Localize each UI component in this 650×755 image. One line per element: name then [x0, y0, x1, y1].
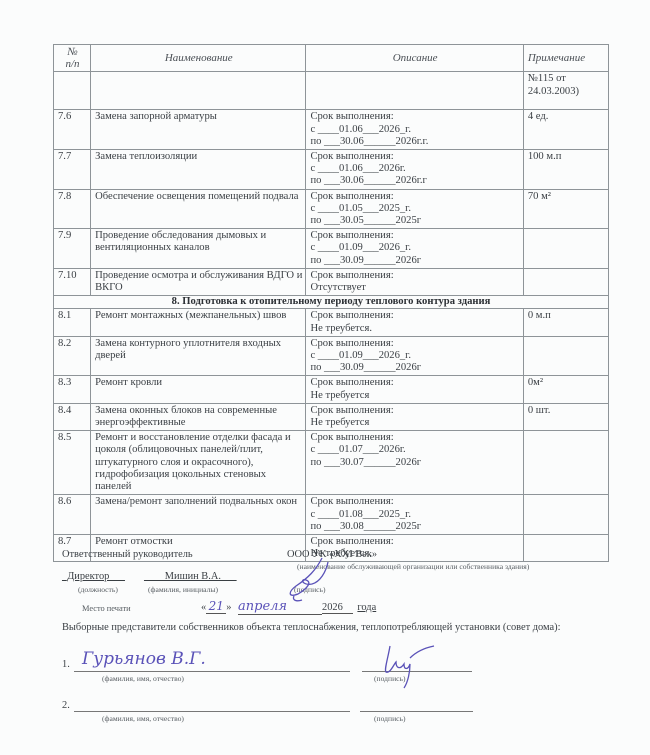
- row-name: Ремонт и восстановление отделки фасада и…: [91, 431, 306, 495]
- row-name: Замена теплоизоляции: [91, 150, 306, 190]
- table-row: 7.8 Обеспечение освещения помещений подв…: [54, 189, 609, 229]
- date-year: 2026: [322, 602, 353, 614]
- rep1-name-handwritten: Гурьянов В.Г.: [82, 649, 206, 669]
- manager-signature-icon: [282, 556, 342, 602]
- table-row: 8.6 Замена/ремонт заполнений подвальных …: [54, 495, 609, 535]
- position-value: _Директор___: [62, 571, 125, 582]
- table-header-row: №п/п Наименование Описание Примечание: [54, 45, 609, 72]
- document-page: №п/п Наименование Описание Примечание №1…: [0, 0, 650, 755]
- rep2-name-line: [74, 711, 350, 712]
- row-description: Срок выполнения:с ____01.06___2026_г.по …: [306, 110, 523, 150]
- rep1-name-line: [74, 671, 350, 672]
- row-number: 7.8: [54, 189, 91, 229]
- table-row: 7.6 Замена запорной арматуры Срок выполн…: [54, 110, 609, 150]
- row-description: Срок выполнения:с ____01.06___2026г.по _…: [306, 150, 523, 190]
- rep2-signature-caption: (подпись): [374, 714, 406, 723]
- rep1-number: 1.: [62, 659, 70, 670]
- date-line: «21» апреля2026 года: [201, 599, 376, 615]
- row-number: [54, 72, 91, 110]
- row-number: 8.5: [54, 431, 91, 495]
- header-number: №п/п: [54, 45, 91, 72]
- row-note: 0 шт.: [523, 403, 608, 430]
- table-row: 8.4 Замена оконных блоков на современные…: [54, 403, 609, 430]
- date-month: апреля: [238, 599, 322, 615]
- table-row: 7.9 Проведение обследования дымовых и ве…: [54, 229, 609, 269]
- row-note: [523, 229, 608, 269]
- position-caption: (должность): [78, 585, 118, 594]
- date-day: 21: [206, 599, 226, 614]
- row-description: Срок выполнения:с ____01.09___2026_г.по …: [306, 336, 523, 376]
- row-description: Срок выполнения:с ____01.05___2025_г.по …: [306, 189, 523, 229]
- table-row: 8.3 Ремонт кровли Срок выполнения:Не тре…: [54, 376, 609, 403]
- row-name: [91, 72, 306, 110]
- stamp-label: Место печати: [82, 604, 131, 613]
- row-description: Срок выполнения:с ____01.08___2025_г.по …: [306, 495, 523, 535]
- representatives-text: Выборные представители собственников объ…: [62, 622, 606, 635]
- row-name: Замена контурного уплотнителя входных дв…: [91, 336, 306, 376]
- header-description: Описание: [306, 45, 523, 72]
- row-name: Проведение осмотра и обслуживания ВДГО и…: [91, 268, 306, 295]
- row-number: 8.4: [54, 403, 91, 430]
- table-row: 8.1 Ремонт монтажных (межпанельных) швов…: [54, 309, 609, 336]
- rep1-signature-caption: (подпись): [374, 674, 406, 683]
- row-number: 8.1: [54, 309, 91, 336]
- manager-name: ____Мишин В.А.___: [144, 571, 237, 582]
- section-8-header: 8. Подготовка к отопительному периоду те…: [54, 296, 609, 309]
- row-note: [523, 268, 608, 295]
- row-description: Срок выполнения:Не треубется.: [306, 309, 523, 336]
- responsible-label: Ответственный руководитель: [62, 549, 193, 560]
- row-description: Срок выполнения:Отсутствует: [306, 268, 523, 295]
- table-row: 7.7 Замена теплоизоляции Срок выполнения…: [54, 150, 609, 190]
- row-number: 7.6: [54, 110, 91, 150]
- date-suffix: года: [357, 602, 376, 613]
- manager-name-caption: (фамилия, инициалы): [148, 585, 218, 594]
- row-name: Ремонт кровли: [91, 376, 306, 403]
- row-note: 70 м²: [523, 189, 608, 229]
- table-row: 8.5 Ремонт и восстановление отделки фаса…: [54, 431, 609, 495]
- row-name: Обеспечение освещения помещений подвала: [91, 189, 306, 229]
- work-plan-table: №п/п Наименование Описание Примечание №1…: [53, 44, 609, 562]
- row-note: [523, 431, 608, 495]
- section-title: 8. Подготовка к отопительному периоду те…: [54, 296, 609, 309]
- rep2-signature-line: [360, 711, 473, 712]
- row-note: [523, 336, 608, 376]
- row-description: [306, 72, 523, 110]
- header-note: Примечание: [523, 45, 608, 72]
- row-number: 7.9: [54, 229, 91, 269]
- row-description: Срок выполнения:с ____01.09___2026_г.по …: [306, 229, 523, 269]
- row-note: [523, 534, 608, 561]
- rep1-signature-icon: [374, 642, 438, 692]
- row-note: 0 м.п: [523, 309, 608, 336]
- row-description: Срок выполнения:Не требуется: [306, 376, 523, 403]
- row-number: 7.7: [54, 150, 91, 190]
- row-number: 8.3: [54, 376, 91, 403]
- row-note: 0м²: [523, 376, 608, 403]
- row-note: 4 ед.: [523, 110, 608, 150]
- row-name: Проведение обследования дымовых и вентил…: [91, 229, 306, 269]
- header-name: Наименование: [91, 45, 306, 72]
- row-number: 8.2: [54, 336, 91, 376]
- table-row: №115 от 24.03.2003): [54, 72, 609, 110]
- row-number: 7.10: [54, 268, 91, 295]
- row-note: №115 от 24.03.2003): [523, 72, 608, 110]
- rep2-name-caption: (фамилия, имя, отчество): [102, 714, 184, 723]
- rep1-name-caption: (фамилия, имя, отчество): [102, 674, 184, 683]
- row-name: Замена/ремонт заполнений подвальных окон: [91, 495, 306, 535]
- row-description: Срок выполнения:Не требуется: [306, 403, 523, 430]
- row-name: Замена запорной арматуры: [91, 110, 306, 150]
- row-note: 100 м.п: [523, 150, 608, 190]
- row-name: Ремонт монтажных (межпанельных) швов: [91, 309, 306, 336]
- row-number: 8.6: [54, 495, 91, 535]
- row-note: [523, 495, 608, 535]
- row-name: Замена оконных блоков на современные эне…: [91, 403, 306, 430]
- table-row: 7.10 Проведение осмотра и обслуживания В…: [54, 268, 609, 295]
- table-row: 8.2 Замена контурного уплотнителя входны…: [54, 336, 609, 376]
- rep2-number: 2.: [62, 700, 70, 711]
- row-description: Срок выполнения:с ____01.07___2026г.по _…: [306, 431, 523, 495]
